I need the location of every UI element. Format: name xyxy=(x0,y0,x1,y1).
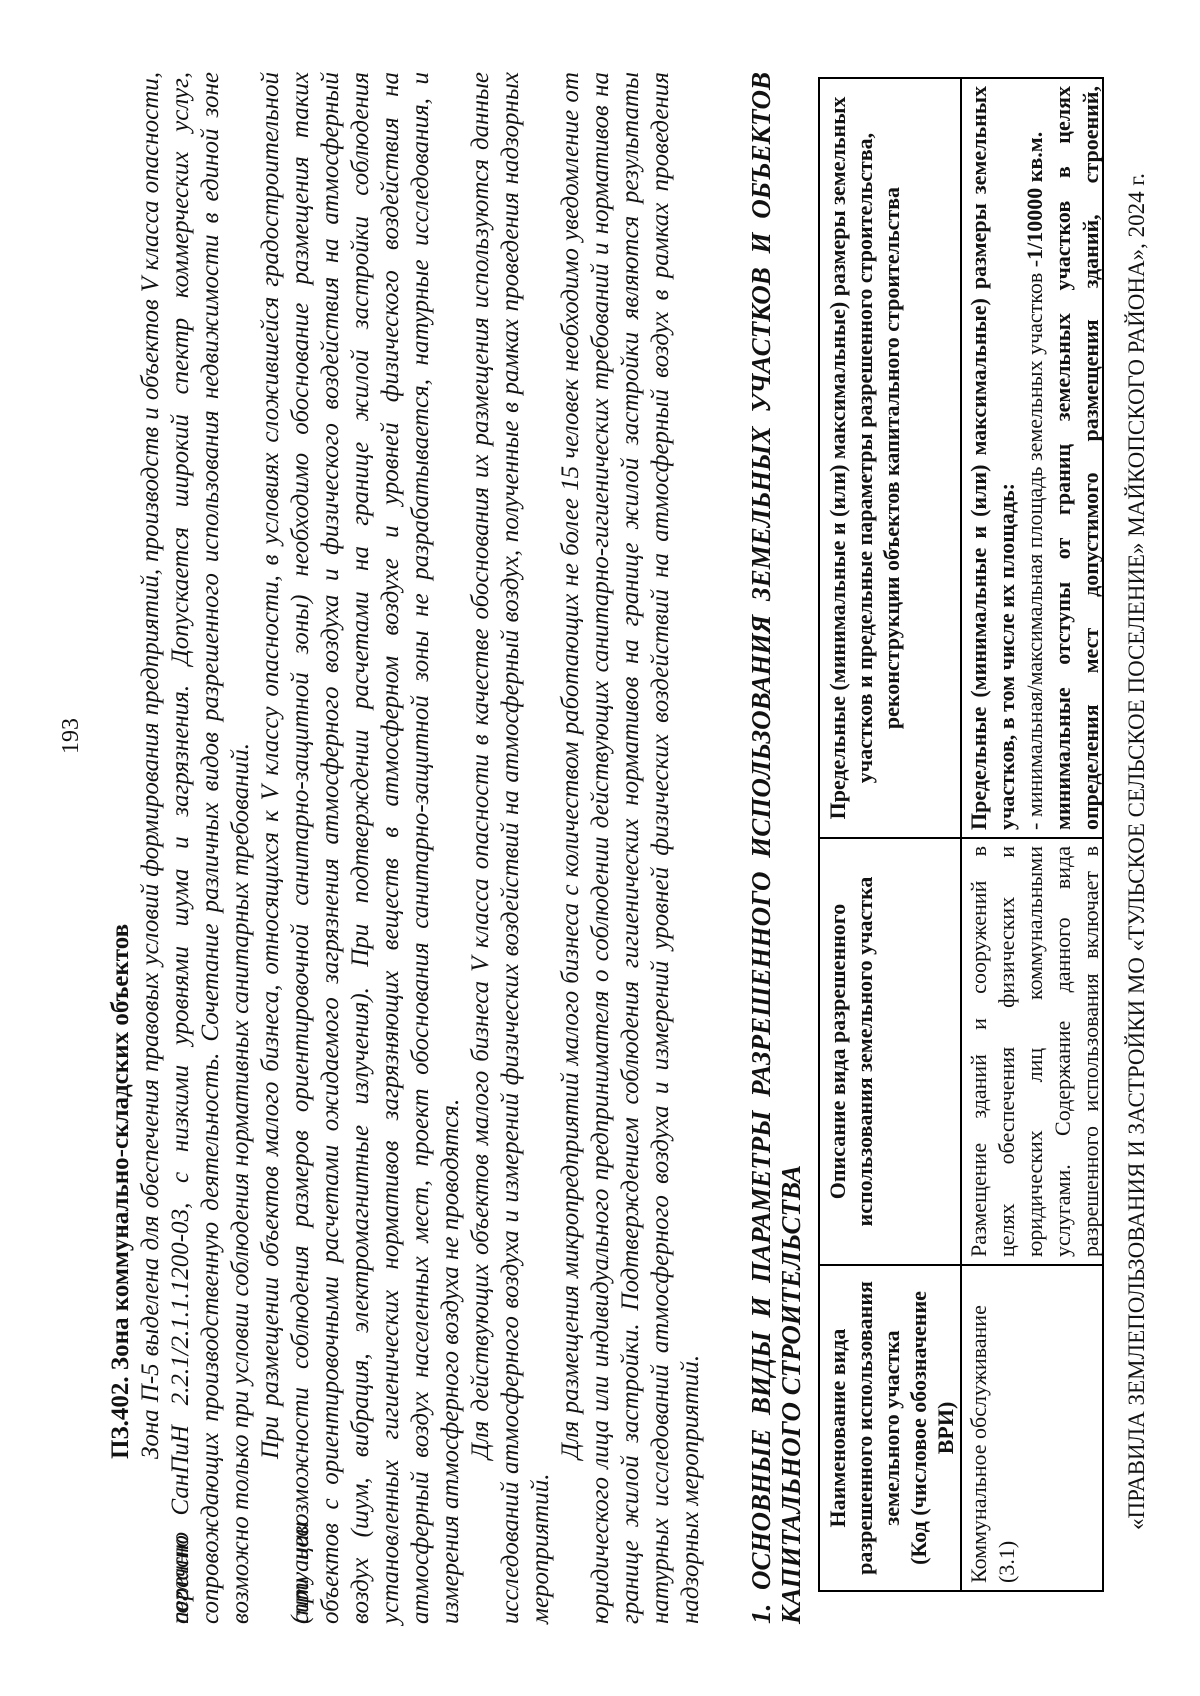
body-line: воздух (шум, вибрация, электромагнитные … xyxy=(346,72,376,1624)
table-cell-line: участков, в том числе их площадь: xyxy=(993,86,1021,830)
page-number: 193 xyxy=(58,656,85,816)
table-cell-line: целях обеспечения физических и xyxy=(993,846,1021,1257)
body-line: (при невозможности соблюдения размеров о… xyxy=(286,72,316,1624)
body-line: установленных гигиенических нормативов з… xyxy=(376,72,406,1624)
document-footer: «ПРАВИЛА ЗЕМЛЕПОЛЬЗОВАНИЯ И ЗАСТРОЙКИ МО… xyxy=(1124,173,1150,1530)
body-line: надзорных мероприятий. xyxy=(676,72,706,1624)
land-use-table: Наименование вида разрешенного использов… xyxy=(818,77,1104,1592)
table-cell-line: определения мест допустимого размещения … xyxy=(1077,86,1102,830)
body-line: сопровождающих производственную деятельн… xyxy=(196,72,226,1624)
table-cell-line: (3.1) xyxy=(993,1273,1021,1583)
table-cell-line: Размещение зданий и сооружений в xyxy=(965,846,993,1257)
body-line: ПЗ.402. Зона коммунально-складских объек… xyxy=(106,72,136,1624)
body-line: Зона П-5 выделена для обеспечения правов… xyxy=(136,72,166,1624)
body-line: измерения атмосферного воздуха не провод… xyxy=(436,72,466,1624)
table-cell-line: услугами. Содержание данного вида xyxy=(1049,846,1077,1257)
rotated-page-content: 193 ПЗ.402. Зона коммунально-складских о… xyxy=(0,0,1200,1696)
body-line: КАПИТАЛЬНОГО СТРОИТЕЛЬСТВА xyxy=(776,72,806,1624)
body-line: натурных исследований атмосферного возду… xyxy=(646,72,676,1624)
table-cell-line: минимальные отступы от границ земельных … xyxy=(1049,86,1077,830)
body-text: ПЗ.402. Зона коммунально-складских объек… xyxy=(106,72,806,1624)
table-cell-line: Коммунальное обслуживание xyxy=(965,1273,993,1583)
table-header-name-vri: Наименование вида разрешенного использов… xyxy=(820,1266,960,1590)
table-cell-line: разрешенного использования включает в xyxy=(1077,846,1102,1257)
table-cell-line: - минимальная/максимальная площадь земел… xyxy=(1021,86,1049,830)
body-line: мероприятий. xyxy=(526,72,556,1624)
body-line: Для размещения микропредприятий малого б… xyxy=(556,72,586,1624)
body-line: перечню СанПиН 2.2.1/2.1.1.1200-03, с ни… xyxy=(166,72,196,1624)
table-cell-use-description: Размещение зданий и сооружений вцелях об… xyxy=(960,839,1102,1266)
table-header-description: Описание вида разрешенного использования… xyxy=(820,839,960,1266)
body-line: атмосферный воздух населенных мест, прое… xyxy=(406,72,436,1624)
body-line: При размещении объектов малого бизнеса, … xyxy=(256,72,286,1624)
body-line: Для действующих объектов малого бизнеса … xyxy=(466,72,496,1624)
table-header-limits: Предельные (минимальные и (или) максимал… xyxy=(820,79,960,839)
body-line: объектов с ориентировочными расчетами ож… xyxy=(316,72,346,1624)
scanned-document-page: 193 ПЗ.402. Зона коммунально-складских о… xyxy=(0,0,1200,1696)
body-line: границе жилой застройки. Подтверждением … xyxy=(616,72,646,1624)
body-line: юридического лица или индивидуального пр… xyxy=(586,72,616,1624)
body-line: 1. ОСНОВНЫЕ ВИДЫ И ПАРАМЕТРЫ РАЗРЕШЕННОГ… xyxy=(746,72,776,1624)
table-cell-line: Предельные (минимальные и (или) максимал… xyxy=(965,86,993,830)
table-cell-use-name: Коммунальное обслуживание(3.1) xyxy=(960,1266,1102,1590)
body-line: возможно только при условии соблюдения н… xyxy=(226,72,256,1624)
table-cell-line: юридических лиц коммунальными xyxy=(1021,846,1049,1257)
body-line: исследований атмосферного воздуха и изме… xyxy=(496,72,526,1624)
table-cell-use-limits: Предельные (минимальные и (или) максимал… xyxy=(960,79,1102,839)
